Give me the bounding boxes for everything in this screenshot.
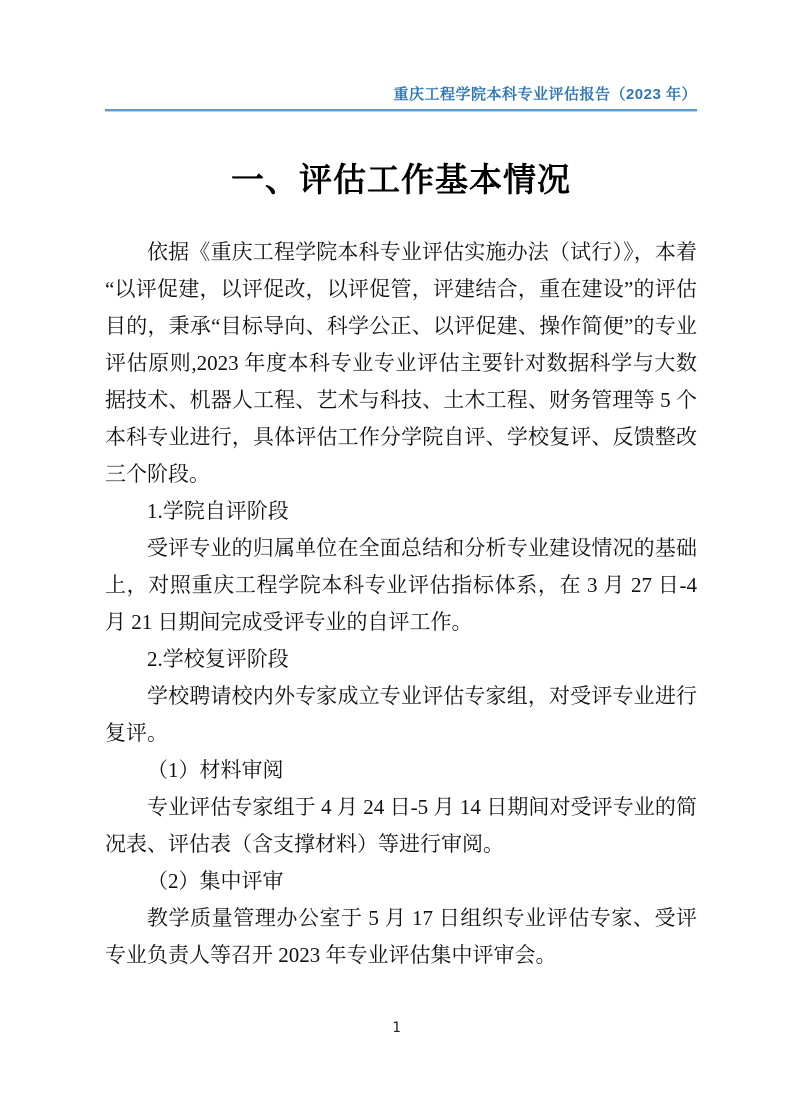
paragraph-intro: 依据《重庆工程学院本科专业评估实施办法（试行）》，本着“以评促建，以评促改，以评… xyxy=(105,234,697,493)
paragraph-material-review: 专业评估专家组于 4 月 24 日-5 月 14 日期间对受评专业的简况表、评估… xyxy=(105,789,697,863)
page-number: 1 xyxy=(0,1020,793,1036)
document-body: 一、评估工作基本情况 依据《重庆工程学院本科专业评估实施办法（试行）》，本着“以… xyxy=(105,158,697,974)
heading-stage-2-school-review: 2.学校复评阶段 xyxy=(105,641,697,678)
paragraph-stage-1-self-evaluation: 受评专业的归属单位在全面总结和分析专业建设情况的基础上，对照重庆工程学院本科专业… xyxy=(105,530,697,641)
page-header-title: 重庆工程学院本科专业评估报告（2023 年） xyxy=(105,85,697,105)
paragraph-stage-2-school-review: 学校聘请校内外专家成立专业评估专家组，对受评专业进行复评。 xyxy=(105,678,697,752)
body-text: 依据《重庆工程学院本科专业评估实施办法（试行）》，本着“以评促建，以评促改，以评… xyxy=(105,234,697,974)
document-page: 重庆工程学院本科专业评估报告（2023 年） 一、评估工作基本情况 依据《重庆工… xyxy=(0,0,793,1096)
paragraph-central-review: 教学质量管理办公室于 5 月 17 日组织专业评估专家、受评专业负责人等召开 2… xyxy=(105,900,697,974)
section-title: 一、评估工作基本情况 xyxy=(105,158,697,202)
heading-stage-1-self-evaluation: 1.学院自评阶段 xyxy=(105,493,697,530)
header-rule xyxy=(105,109,697,112)
heading-central-review: （2）集中评审 xyxy=(105,863,697,900)
heading-material-review: （1）材料审阅 xyxy=(105,752,697,789)
